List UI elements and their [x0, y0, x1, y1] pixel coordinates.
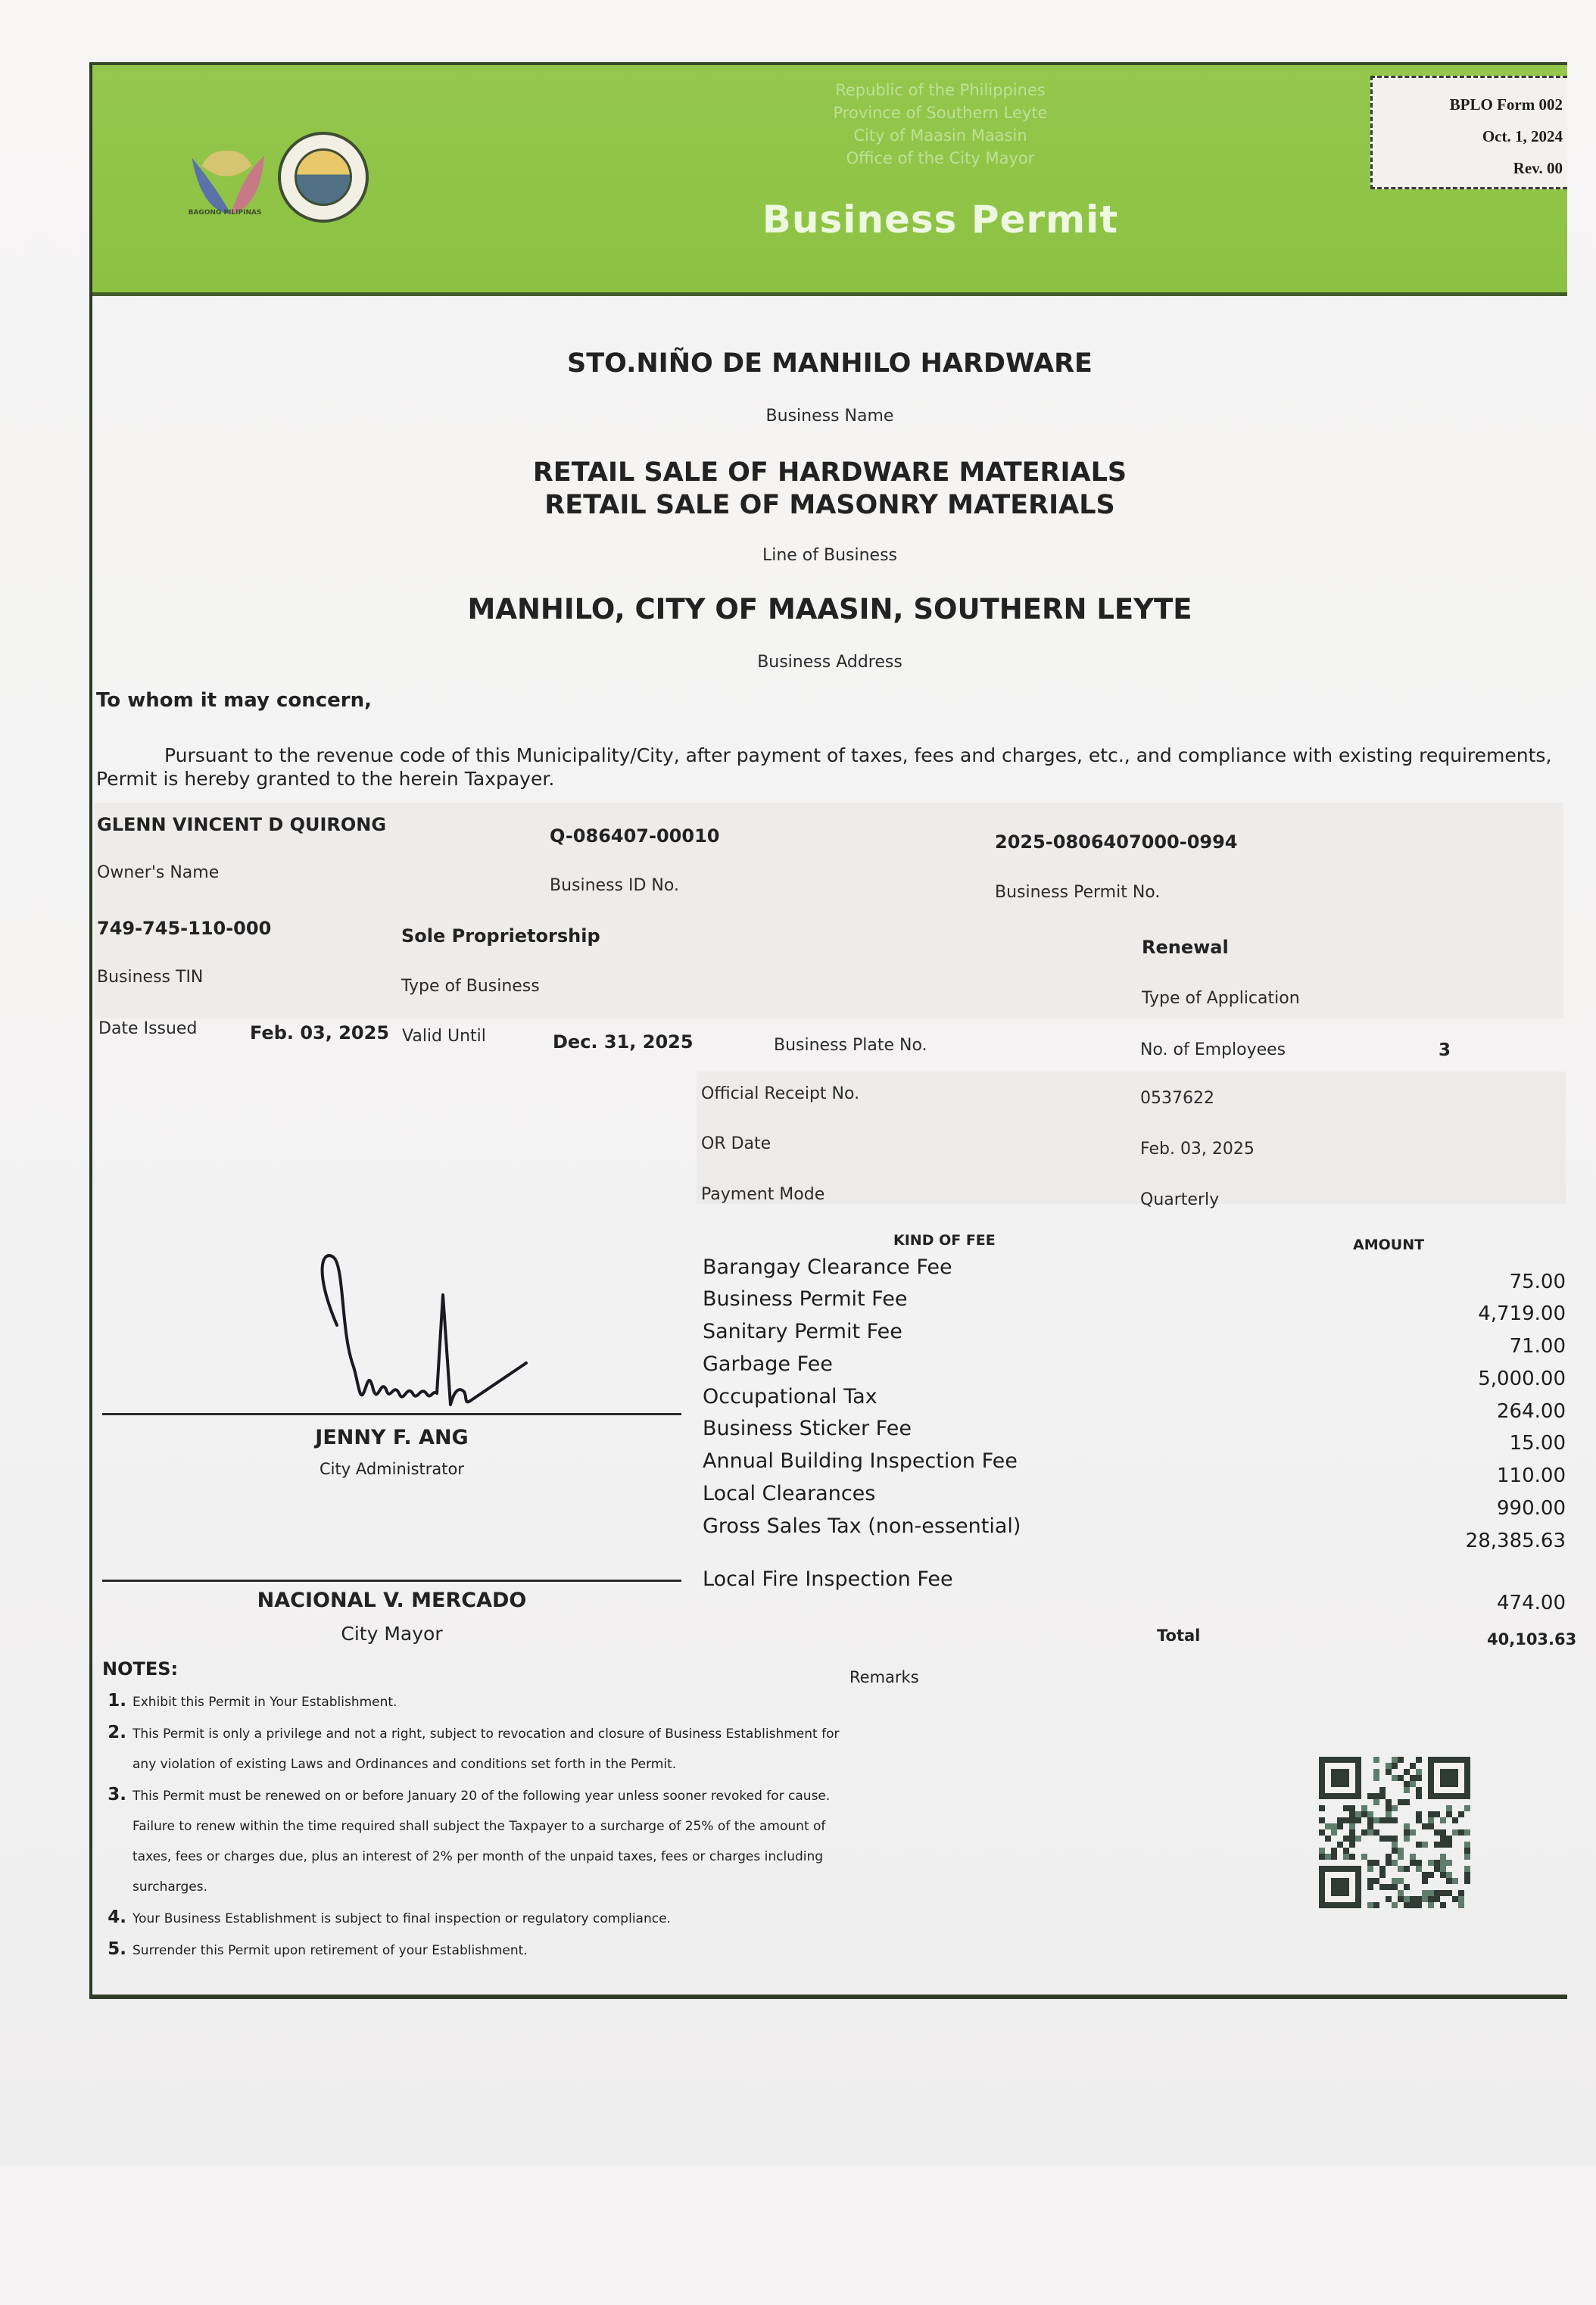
- business-address: MANHILO, CITY OF MAASIN, SOUTHERN LEYTE: [92, 593, 1567, 625]
- business-name-caption: Business Name: [92, 407, 1567, 426]
- business-address-caption: Business Address: [92, 653, 1567, 672]
- fee-name: Occupational Tax: [703, 1385, 877, 1408]
- fee-row: Occupational Tax264.00: [703, 1385, 1566, 1418]
- fee-row: Sanitary Permit Fee71.00: [703, 1320, 1566, 1353]
- notes-list: Exhibit this Permit in Your Establishmen…: [102, 1686, 844, 1966]
- fee-row: Business Permit Fee4,719.00: [703, 1287, 1566, 1321]
- date-issued-label: Date Issued: [98, 1019, 197, 1038]
- fee-row: Garbage Fee5,000.00: [703, 1352, 1566, 1386]
- application-type-value: Renewal: [1142, 937, 1229, 958]
- signature-line-mayor: [102, 1580, 681, 1582]
- note-item: Surrender this Permit upon retirement of…: [132, 1934, 844, 1966]
- salutation: To whom it may concern,: [96, 687, 1561, 714]
- or-date-value: Feb. 03, 2025: [1140, 1140, 1255, 1159]
- qr-code-icon[interactable]: [1319, 1753, 1470, 1912]
- permit-no-value: 2025-0806407000-0994: [995, 831, 1238, 853]
- administrator-name: JENNY F. ANG: [102, 1426, 681, 1449]
- fee-name: Business Sticker Fee: [703, 1417, 912, 1440]
- payment-mode-label: Payment Mode: [701, 1185, 824, 1204]
- type-of-business-label: Type of Business: [401, 977, 540, 996]
- fee-amount-header: AMOUNT: [1353, 1237, 1424, 1253]
- fee-name: Gross Sales Tax (non-essential): [703, 1514, 1021, 1538]
- fee-name: Sanitary Permit Fee: [703, 1320, 902, 1343]
- fee-name: Barangay Clearance Fee: [703, 1255, 952, 1279]
- fee-row: Annual Building Inspection Fee110.00: [703, 1449, 1566, 1483]
- fee-name: Business Permit Fee: [703, 1287, 907, 1311]
- note-item: This Permit must be renewed on or before…: [132, 1779, 844, 1902]
- fee-row: Local Clearances990.00: [703, 1482, 1566, 1515]
- fee-amount: 28,385.63: [1466, 1530, 1566, 1552]
- total-label: Total: [1157, 1627, 1200, 1645]
- owner-name-label: Owner's Name: [97, 863, 219, 882]
- remarks-label: Remarks: [849, 1668, 919, 1686]
- notes-heading: NOTES:: [102, 1658, 844, 1680]
- tin-label: Business TIN: [97, 968, 203, 987]
- tin-value: 749-745-110-000: [97, 918, 271, 939]
- owner-name-value: GLENN VINCENT D QUIRONG: [97, 814, 386, 835]
- permit-no-label: Business Permit No.: [995, 883, 1160, 902]
- line-of-business-item: RETAIL SALE OF MASONRY MATERIALS: [92, 489, 1567, 522]
- line-of-business-caption: Line of Business: [92, 546, 1567, 565]
- notes-section: NOTES: Exhibit this Permit in Your Estab…: [102, 1658, 844, 1966]
- business-id-value: Q-086407-00010: [550, 825, 719, 847]
- mayor-name: NACIONAL V. MERCADO: [102, 1589, 681, 1612]
- note-item: Exhibit this Permit in Your Establishmen…: [132, 1686, 844, 1717]
- note-item: This Permit is only a privilege and not …: [132, 1717, 844, 1779]
- note-item: Your Business Establishment is subject t…: [132, 1902, 844, 1934]
- fee-amount: 474.00: [1497, 1592, 1566, 1614]
- total-amount: 40,103.63: [1487, 1630, 1576, 1648]
- valid-until-value: Dec. 31, 2025: [553, 1031, 694, 1053]
- business-id-label: Business ID No.: [550, 876, 679, 895]
- administrator-title: City Administrator: [102, 1460, 681, 1478]
- business-name: STO.NIÑO DE MANHILO HARDWARE: [92, 348, 1567, 379]
- or-date-label: OR Date: [701, 1134, 771, 1153]
- intro-line-2: Permit is hereby granted to the herein T…: [96, 766, 1561, 793]
- employees-label: No. of Employees: [1140, 1040, 1286, 1059]
- or-no-value: 0537622: [1140, 1089, 1214, 1108]
- fee-name: Local Fire Inspection Fee: [703, 1567, 953, 1591]
- fee-row: Local Fire Inspection Fee474.00: [703, 1567, 1566, 1601]
- plate-no-label: Business Plate No.: [774, 1036, 927, 1055]
- or-no-label: Official Receipt No.: [701, 1084, 859, 1103]
- line-of-business: RETAIL SALE OF HARDWARE MATERIALS RETAIL…: [92, 457, 1567, 522]
- line-of-business-item: RETAIL SALE OF HARDWARE MATERIALS: [92, 457, 1567, 489]
- fee-kind-header: KIND OF FEE: [893, 1232, 996, 1249]
- type-of-business-value: Sole Proprietorship: [401, 925, 600, 947]
- payment-mode-value: Quarterly: [1140, 1190, 1219, 1209]
- employees-value: 3: [1439, 1040, 1451, 1060]
- date-issued-value: Feb. 03, 2025: [250, 1022, 389, 1043]
- fee-name: Annual Building Inspection Fee: [703, 1449, 1018, 1473]
- fee-row: Gross Sales Tax (non-essential)28,385.63: [703, 1514, 1566, 1548]
- fee-name: Local Clearances: [703, 1482, 875, 1505]
- application-type-label: Type of Application: [1142, 989, 1300, 1008]
- mayor-title: City Mayor: [102, 1623, 681, 1645]
- fee-row: Business Sticker Fee15.00: [703, 1417, 1566, 1450]
- fee-name: Garbage Fee: [703, 1352, 833, 1376]
- signature-line-administrator: [102, 1413, 681, 1415]
- valid-until-label: Valid Until: [402, 1027, 486, 1046]
- signature-jenny-ang-icon: [269, 1242, 556, 1424]
- fee-row: Barangay Clearance Fee75.00: [703, 1255, 1566, 1289]
